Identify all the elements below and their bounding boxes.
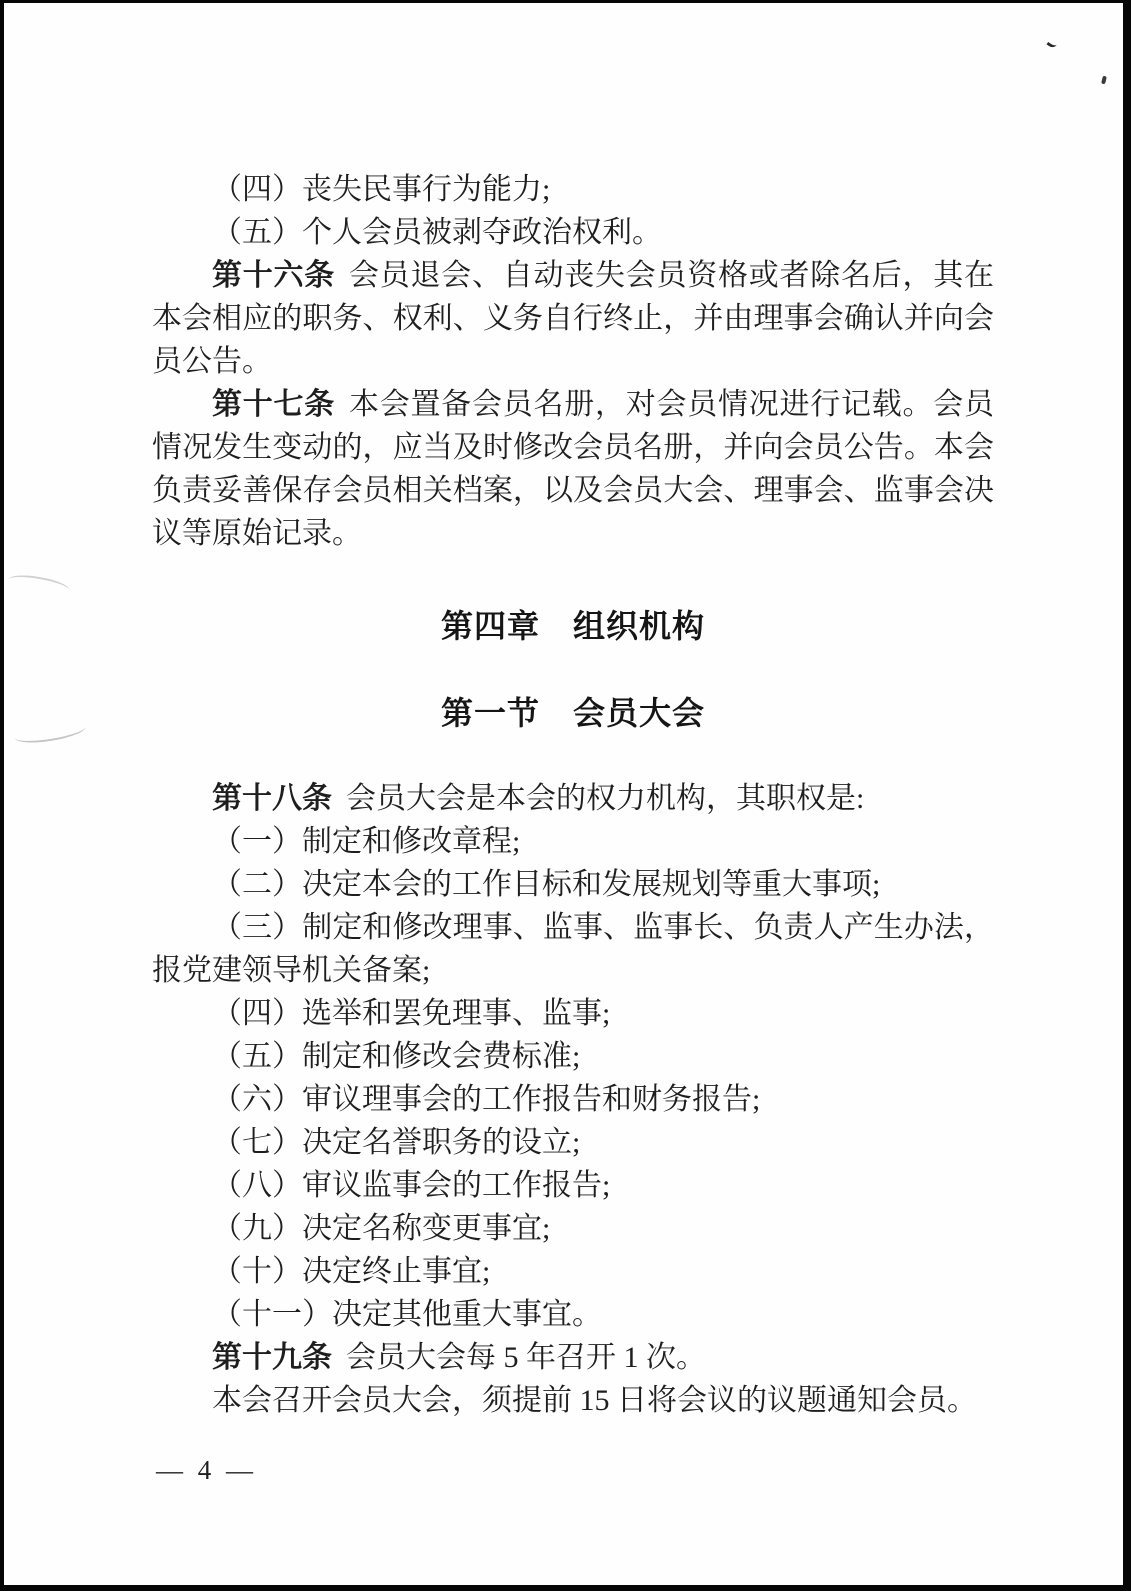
document-body: （四）丧失民事行为能力;（五）个人会员被剥夺政治权利。第十六条会员退会、自动丧失… <box>152 168 994 1422</box>
text-line: 议等原始记录。 <box>152 512 994 555</box>
document-page: （四）丧失民事行为能力;（五）个人会员被剥夺政治权利。第十六条会员退会、自动丧失… <box>0 0 1131 1591</box>
scan-smudge-left-2 <box>13 717 87 746</box>
text-line: （五）个人会员被剥夺政治权利。 <box>152 211 994 254</box>
article-number: 第十六条 <box>212 259 335 292</box>
article-number: 第十七条 <box>212 388 335 421</box>
text-line: （十一）决定其他重大事宜。 <box>152 1293 994 1336</box>
text-line: （九）决定名称变更事宜; <box>152 1207 994 1250</box>
page-number: — 4 — <box>156 1455 257 1486</box>
article-number: 第十九条 <box>212 1341 332 1374</box>
scan-speck-top-right-1 <box>1046 35 1060 50</box>
chapter-heading: 第四章 组织机构 <box>152 605 994 648</box>
text-line: 第十九条会员大会每 5 年召开 1 次。 <box>152 1336 994 1379</box>
text-line: 员公告。 <box>152 340 994 383</box>
text-line: 负责妥善保存会员相关档案，以及会员大会、理事会、监事会决 <box>152 469 994 512</box>
text-line: 本会召开会员大会，须提前 15 日将会议的议题通知会员。 <box>152 1379 994 1422</box>
text-line: （七）决定名誉职务的设立; <box>152 1121 994 1164</box>
text-line: （四）选举和罢免理事、监事; <box>152 992 994 1035</box>
scan-speck-top-right-2 <box>1101 76 1107 85</box>
text-line: （二）决定本会的工作目标和发展规划等重大事项; <box>152 863 994 906</box>
text-line: （六）审议理事会的工作报告和财务报告; <box>152 1078 994 1121</box>
text-line: 第十六条会员退会、自动丧失会员资格或者除名后，其在 <box>152 254 994 297</box>
text-line: （八）审议监事会的工作报告; <box>152 1164 994 1207</box>
text-line: （五）制定和修改会费标准; <box>152 1035 994 1078</box>
article-number: 第十八条 <box>212 782 332 815</box>
text-line: 第十八条会员大会是本会的权力机构，其职权是: <box>152 777 994 820</box>
text-line: 情况发生变动的，应当及时修改会员名册，并向会员公告。本会 <box>152 426 994 469</box>
text-line: （三）制定和修改理事、监事、监事长、负责人产生办法， <box>152 906 994 949</box>
text-line: （一）制定和修改章程; <box>152 820 994 863</box>
text-line: （十）决定终止事宜; <box>152 1250 994 1293</box>
text-line: 本会相应的职务、权利、义务自行终止，并由理事会确认并向会 <box>152 297 994 340</box>
text-line: 第十七条本会置备会员名册，对会员情况进行记载。会员 <box>152 383 994 426</box>
text-line: （四）丧失民事行为能力; <box>152 168 994 211</box>
text-line: 报党建领导机关备案; <box>152 949 994 992</box>
scan-smudge-left-1 <box>7 572 71 599</box>
section-heading: 第一节 会员大会 <box>152 692 994 735</box>
